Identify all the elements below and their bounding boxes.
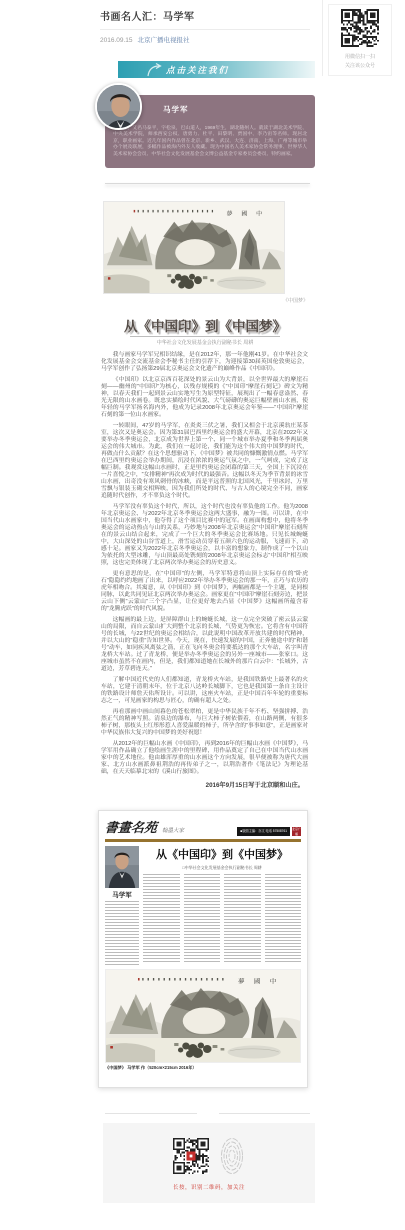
paragraph: 更有意思的是，在“中国印”的左侧，马学军特意将山顶上实际存在的“卧虎石”隐隐约约… [101, 571, 308, 613]
newspaper-headline: 从《中国印》到《中国梦》 [143, 846, 301, 862]
source-link[interactable]: 北京广播电视报社 [138, 37, 190, 44]
follow-qr-code[interactable] [173, 1138, 209, 1174]
follow-row [103, 1123, 315, 1176]
fingerprint-icon [219, 1136, 245, 1176]
newspaper-text-column [224, 874, 261, 964]
artist-bio: 马学军，又名马泰平，字松泉，巴山道人，1969年生，湖北随州人。就读于湖北美术学… [113, 126, 307, 158]
paragraph: 我与画家马学军兄相识结缘，是在2012年，那一年他刚41岁。在中华社会文化发展基… [101, 352, 308, 373]
newspaper-bio-text [105, 901, 139, 965]
qr-caption-line1: 用微信扫一扫 [329, 54, 391, 61]
qr-caption-line2: 关注该公众号 [329, 63, 391, 70]
article-subtitle: 中华社会文化发展基金会执行副秘书长 周耕 [130, 336, 280, 346]
newspaper-artwork-image [105, 969, 301, 1063]
artwork-caption: 《中国梦》 [100, 297, 310, 304]
sidebar-divider [322, 0, 323, 76]
masthead-rule [105, 839, 301, 842]
newspaper-byline: □中华社会文化发展基金会执行副秘书长 周耕 [143, 865, 301, 871]
footer-divider [105, 1113, 310, 1114]
paragraph: 《中国印》以北京京西百花深处的景云山为大背景，以全世界最大的摩崖石刻——幽州的“… [101, 377, 308, 419]
newspaper-editor-info: ■版面主编：亦文 电话 57508761 [237, 827, 290, 836]
newspaper-masthead-subtitle: 翰墨大家 [162, 826, 184, 834]
landscape-painting [104, 202, 284, 293]
newspaper-info-bar: ■版面主编：亦文 电话 57508761 北京广播 [237, 827, 301, 836]
paragraph: 马学军没有辜负这个时代，所以，这个时代也没有辜负他的工作。他为2008年北京奥运… [101, 504, 308, 567]
paragraph: 从2012年的巨幅山水画《中国印》，再到2016年的巨幅山水画《中国梦》，马学军… [101, 741, 308, 776]
newspaper-right-column: 从《中国印》到《中国梦》 □中华社会文化发展基金会执行副秘书长 周耕 [143, 846, 301, 965]
newspaper-masthead-title: 書畫名苑 [104, 817, 157, 836]
newspaper-clipping: 書畫名苑 翰墨大家 ■版面主编：亦文 电话 57508761 北京广播 马学军 … [98, 810, 308, 1088]
newspaper-text-column [184, 874, 221, 964]
newspaper-left-column: 马学军 [105, 846, 139, 965]
newspaper-text-columns [143, 874, 301, 964]
sidebar-qr-panel: 用微信扫一扫 关注该公众号 [328, 4, 392, 76]
newspaper-author-name: 马学军 [105, 890, 139, 899]
follow-hint-text: 长按，识别二维码，加关注 [103, 1183, 315, 1191]
newspaper-caption: 《中国梦》 马学军 作（520cm×215cm 2016年） [105, 1065, 301, 1071]
newspaper-article: 马学军 从《中国印》到《中国梦》 □中华社会文化发展基金会执行副秘书长 周耕 [105, 846, 301, 965]
author-portrait [105, 846, 139, 888]
article-page: 书画名人汇：马学军 2016.09.15北京广播电视报社 用微信扫一扫 关注该公… [0, 0, 405, 1230]
artist-name: 马学军 [163, 104, 189, 115]
paragraph: 了解中国近代史的人们都知道，青龙桥火车站，是我国铁路史上最著名的火车站，它建于清… [101, 677, 308, 705]
title-divider [100, 29, 310, 30]
paragraph: 这幅画的最上边，是屏障群山上的蜿蜒长城，这一点完全突破了密云县云蒙山的局限，而自… [101, 617, 308, 673]
follow-box: 长按，识别二维码，加关注 [103, 1123, 315, 1203]
section-divider [105, 183, 310, 184]
artwork-image [103, 201, 285, 294]
publish-date: 2016.09.15 [100, 37, 133, 44]
landscape-painting [106, 970, 300, 1062]
newspaper-logo-icon: 北京广播 [292, 827, 301, 836]
sidebar-qr-code[interactable] [341, 9, 379, 47]
paragraph: 一转眼间，47岁的马学军，在炎炎三伏之暑，我们又相会于北京溪翁庄某茶室，这次又是… [101, 423, 308, 500]
avatar [95, 83, 142, 130]
newspaper-masthead: 書畫名苑 翰墨大家 ■版面主编：亦文 电话 57508761 北京广播 [105, 817, 301, 836]
newspaper-text-column [143, 874, 180, 964]
meta-row: 2016.09.15北京广播电视报社 [100, 35, 310, 44]
page-title: 书画名人汇：马学军 [100, 8, 310, 23]
follow-banner[interactable]: 点击关注我们 [118, 61, 315, 78]
article-body: 我与画家马学军兄相识结缘，是在2012年，那一年他刚41岁。在中华社会文化发展基… [101, 352, 308, 789]
article-title: 从《中国印》到《中国梦》 [100, 315, 310, 335]
newspaper-author-photo [105, 846, 139, 888]
sketch-arrow-icon [146, 62, 162, 77]
article-dateline: 2016年9月15日写于北京颐和山庄。 [101, 780, 308, 789]
newspaper-text-column [265, 874, 302, 964]
header: 书画名人汇：马学军 2016.09.15北京广播电视报社 [100, 8, 310, 44]
follow-banner-label: 点击关注我们 [166, 64, 229, 76]
paragraph: 再看那画中画山间暮色的苍松翠柏，更是中华民族千年不朽、坚强拼搏、浩然正气的精神写… [101, 709, 308, 737]
